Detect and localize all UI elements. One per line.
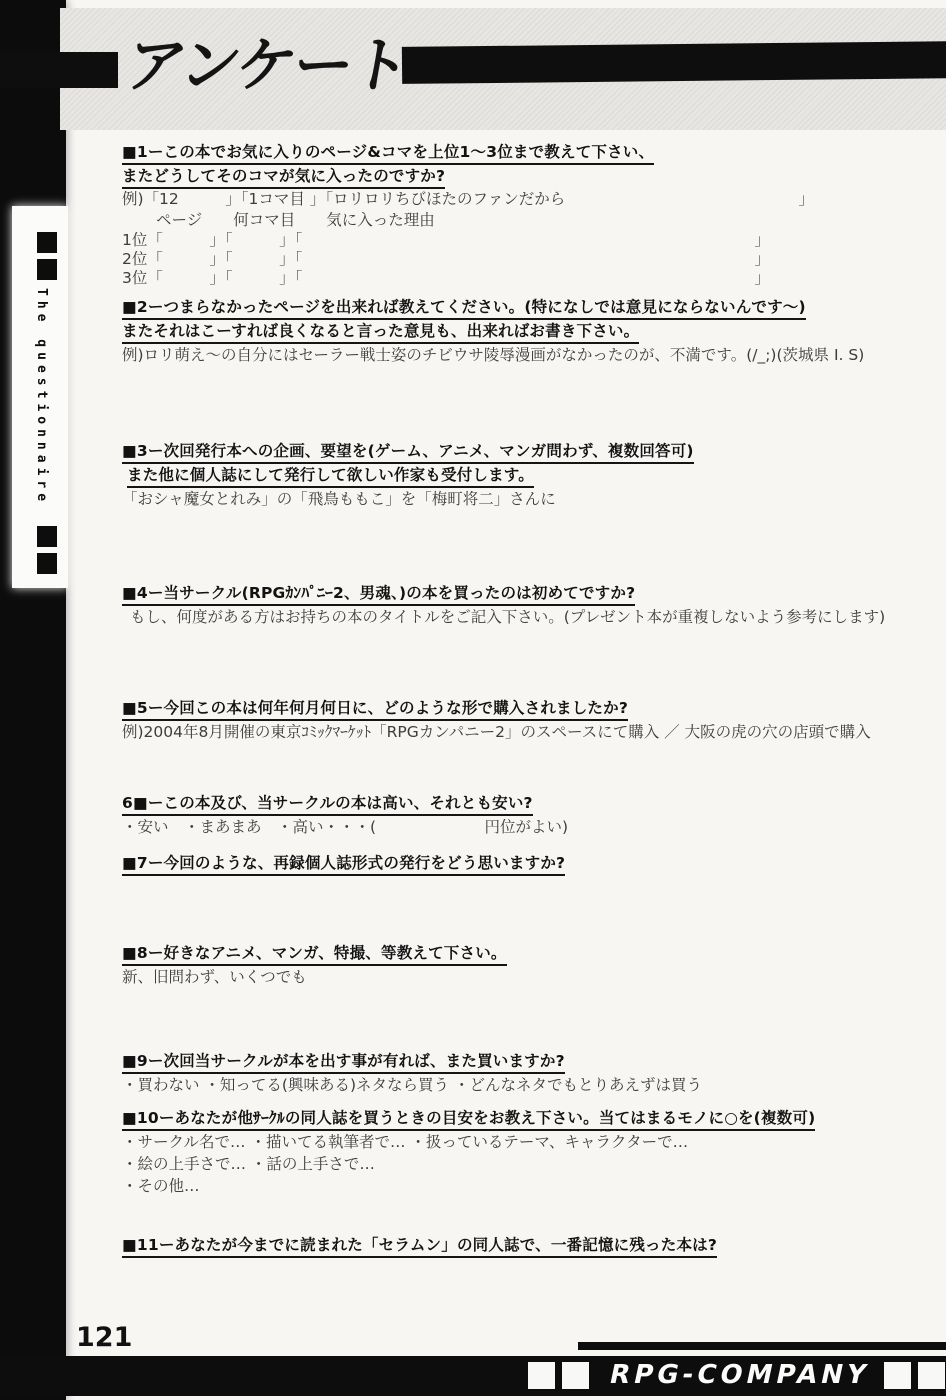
title-right-bar (402, 41, 946, 84)
circle-brand-label: RPG-COMPANY (607, 1360, 873, 1390)
question-8-heading-line1: ■8ー好きなアニメ、マンガ、特撮、等教えて下さい。 (122, 942, 507, 966)
sidebar-vertical-label: The questionnaire (34, 288, 49, 520)
question-10: ■10ーあなたが他ｻｰｸﾙの同人誌を買うときの目安をお教え下さい。当てはまるモノ… (122, 1107, 815, 1197)
question-9-options: ・買わない ・知ってる(興味ある)ネタなら買う ・どんなネタでもとりあえずは買う (122, 1074, 702, 1096)
question-3: ■3ー次回発行本への企画、要望を(ゲーム、アニメ、マンガ問わず、複数回答可) ま… (122, 440, 694, 510)
closing-bracket: 」 (754, 269, 770, 288)
question-11-heading-line1: ■11ーあなたが今までに読まれた「セラムン」の同人誌で、一番記憶に残った本は? (122, 1234, 717, 1258)
question-1-column-labels: ページ 何コマ目 気に入った理由 (122, 210, 814, 231)
closing-bracket: 」 (798, 189, 814, 210)
question-1-rank-row: 1位「 」「 」「 」 (122, 231, 770, 250)
question-8: ■8ー好きなアニメ、マンガ、特撮、等教えて下さい。 新、旧問わず、いくつでも (122, 942, 507, 988)
question-8-note: 新、旧問わず、いくつでも (122, 966, 507, 988)
scanned-questionnaire-page: アンケート The questionnaire ■1ーこの本でお気に入りのページ… (0, 0, 946, 1400)
question-6-options: ・安い ・まあまあ ・高い・・・( 円位がよい) (122, 816, 568, 838)
question-1-rank-row: 2位「 」「 」「 」 (122, 250, 770, 269)
page-title: アンケート (119, 26, 433, 106)
footer-band: RPG-COMPANY (0, 1356, 946, 1396)
sidebar-square-icon (37, 259, 57, 280)
question-5-heading-line1: ■5ー今回この本は何年何月何日に、どのような形で購入されましたか? (122, 697, 871, 721)
question-4: ■4ー当サークル(RPGｶﾝﾊﾟﾆｰ2、男魂、)の本を買ったのは初めてですか? … (122, 582, 885, 628)
closing-bracket: 」 (754, 250, 770, 269)
question-2-example: 例)ロリ萌え〜の自分にはセーラー戦士姿のチビウサ陵辱漫画がなかったのが、不満です… (122, 344, 864, 366)
question-5-example: 例)2004年8月開催の東京ｺﾐｯｸﾏｰｹｯﾄ「RPGカンパニー2」のスペースに… (122, 721, 871, 743)
question-4-note: もし、何度がある方はお持ちの本のタイトルをご記入下さい。(プレゼント本が重複しな… (122, 606, 885, 628)
question-7: ■7ー今回のような、再録個人誌形式の発行をどう思いますか? (122, 852, 565, 876)
question-1-example: 例)「12 」「1コマ目 」「ロリロリちびほたのファンだから 」 (122, 189, 814, 210)
closing-bracket: 」 (754, 231, 770, 250)
question-1: ■1ーこの本でお気に入りのページ&コマを上位1〜3位まで教えて下さい、 またどう… (122, 141, 814, 288)
question-10-heading-line1: ■10ーあなたが他ｻｰｸﾙの同人誌を買うときの目安をお教え下さい。当てはまるモノ… (122, 1107, 815, 1131)
question-10-options-line3: ・その他… (122, 1175, 815, 1197)
question-7-heading-line1: ■7ー今回のような、再録個人誌形式の発行をどう思いますか? (122, 852, 565, 876)
question-2-heading-line2: またそれはこーすれば良くなると言った意見も、出来ればお書き下さい。 (122, 320, 864, 344)
footer-accent-line (578, 1342, 946, 1350)
question-2-heading-line1: ■2ーつまらなかったページを出来れば教えてください。(特になしでは意見にならない… (122, 296, 864, 320)
question-9-heading-line1: ■9ー次回当サークルが本を出す事が有れば、また買いますか? (122, 1050, 702, 1074)
question-3-heading-line2: また他に個人誌にして発行して欲しい作家も受付します。 (122, 464, 694, 488)
question-6-heading-line1: 6■ーこの本及び、当サークルの本は高い、それとも安い? (122, 792, 568, 816)
title-left-bar (0, 52, 118, 88)
question-3-answer: 「おシャ魔女とれみ」の「飛鳥ももこ」を「梅町将二」さんに (122, 488, 694, 510)
sidebar-square-icon (37, 232, 57, 253)
question-11: ■11ーあなたが今までに読まれた「セラムン」の同人誌で、一番記憶に残った本は? (122, 1234, 717, 1258)
question-1-heading-line2: またどうしてそのコマが気に入ったのですか? (122, 165, 814, 189)
sidebar-square-icon (37, 553, 57, 574)
footer-square-icon (562, 1362, 589, 1389)
footer-square-icon (918, 1362, 945, 1389)
question-6: 6■ーこの本及び、当サークルの本は高い、それとも安い? ・安い ・まあまあ ・高… (122, 792, 568, 838)
question-9: ■9ー次回当サークルが本を出す事が有れば、また買いますか? ・買わない ・知って… (122, 1050, 702, 1096)
question-1-heading-line1: ■1ーこの本でお気に入りのページ&コマを上位1〜3位まで教えて下さい、 (122, 141, 814, 165)
page-number: 121 (76, 1322, 132, 1353)
sidebar-strip: The questionnaire (12, 206, 68, 588)
question-1-rank-row: 3位「 」「 」「 」 (122, 269, 770, 288)
question-10-options-line2: ・絵の上手さで… ・話の上手さで… (122, 1153, 815, 1175)
footer-square-icon (528, 1362, 555, 1389)
question-4-heading-line1: ■4ー当サークル(RPGｶﾝﾊﾟﾆｰ2、男魂、)の本を買ったのは初めてですか? (122, 582, 885, 606)
question-5: ■5ー今回この本は何年何月何日に、どのような形で購入されましたか? 例)2004… (122, 697, 871, 743)
sidebar-square-icon (37, 526, 57, 547)
question-3-heading-line1: ■3ー次回発行本への企画、要望を(ゲーム、アニメ、マンガ問わず、複数回答可) (122, 440, 694, 464)
question-2: ■2ーつまらなかったページを出来れば教えてください。(特になしでは意見にならない… (122, 296, 864, 366)
footer-square-icon (884, 1362, 911, 1389)
question-10-options-line1: ・サークル名で… ・描いてる執筆者で… ・扱っているテーマ、キャラクターで… (122, 1131, 815, 1153)
